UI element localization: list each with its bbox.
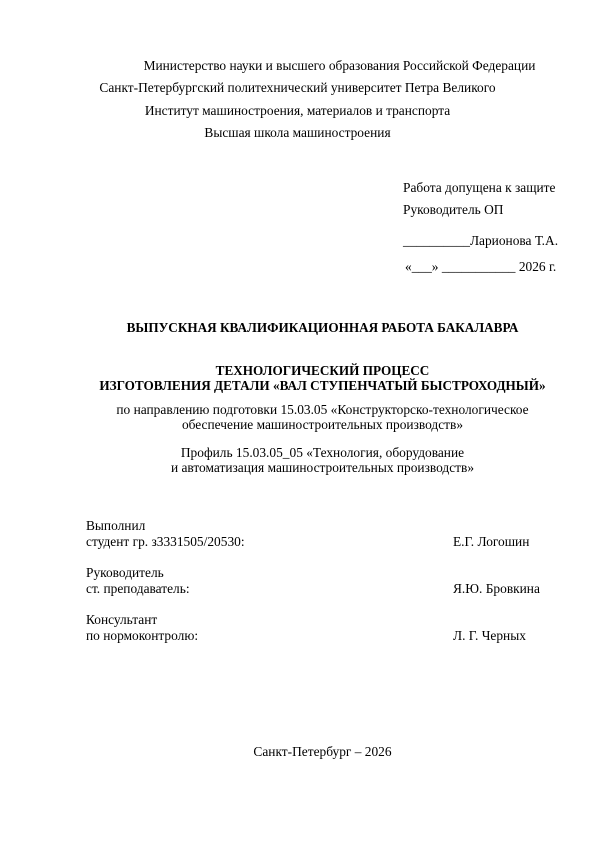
approval-head-title: Руководитель ОП	[403, 202, 503, 218]
signature-name: Я.Ю. Бровкина	[453, 581, 540, 597]
institute-line: Институт машиностроения, материалов и тр…	[0, 103, 595, 119]
approval-signature-line: __________Ларионова Т.А.	[403, 233, 558, 249]
ministry-line: Министерство науки и высшего образования…	[42, 58, 595, 74]
signature-position: студент гр. з3331505/20530:	[86, 534, 245, 550]
approval-date-line: «___» ___________ 2026 г.	[405, 259, 556, 275]
school-line: Высшая школа машиностроения	[0, 125, 595, 141]
work-type-heading: ВЫПУСКНАЯ КВАЛИФИКАЦИОННАЯ РАБОТА БАКАЛА…	[0, 320, 595, 336]
signature-name: Л. Г. Черных	[453, 628, 526, 644]
direction-line: обеспечение машиностроительных производс…	[0, 417, 595, 432]
signature-position: ст. преподаватель:	[86, 581, 190, 597]
signature-role: Выполнил	[86, 518, 145, 534]
signature-role: Консультант	[86, 612, 157, 628]
profile-line: и автоматизация машиностроительных произ…	[0, 460, 595, 475]
city-year-footer: Санкт-Петербург – 2026	[0, 744, 595, 760]
university-line: Санкт-Петербургский политехнический унив…	[0, 80, 595, 96]
signature-role: Руководитель	[86, 565, 164, 581]
signature-name: Е.Г. Логошин	[453, 534, 529, 550]
profile-line: Профиль 15.03.05_05 «Технология, оборудо…	[0, 445, 595, 460]
direction-line: по направлению подготовки 15.03.05 «Конс…	[0, 402, 595, 417]
thesis-title-line: ТЕХНОЛОГИЧЕСКИЙ ПРОЦЕСС	[0, 363, 595, 378]
signature-position: по нормоконтролю:	[86, 628, 198, 644]
thesis-title-line: ИЗГОТОВЛЕНИЯ ДЕТАЛИ «ВАЛ СТУПЕНЧАТЫЙ БЫС…	[0, 378, 595, 393]
approval-admitted: Работа допущена к защите	[403, 180, 555, 196]
